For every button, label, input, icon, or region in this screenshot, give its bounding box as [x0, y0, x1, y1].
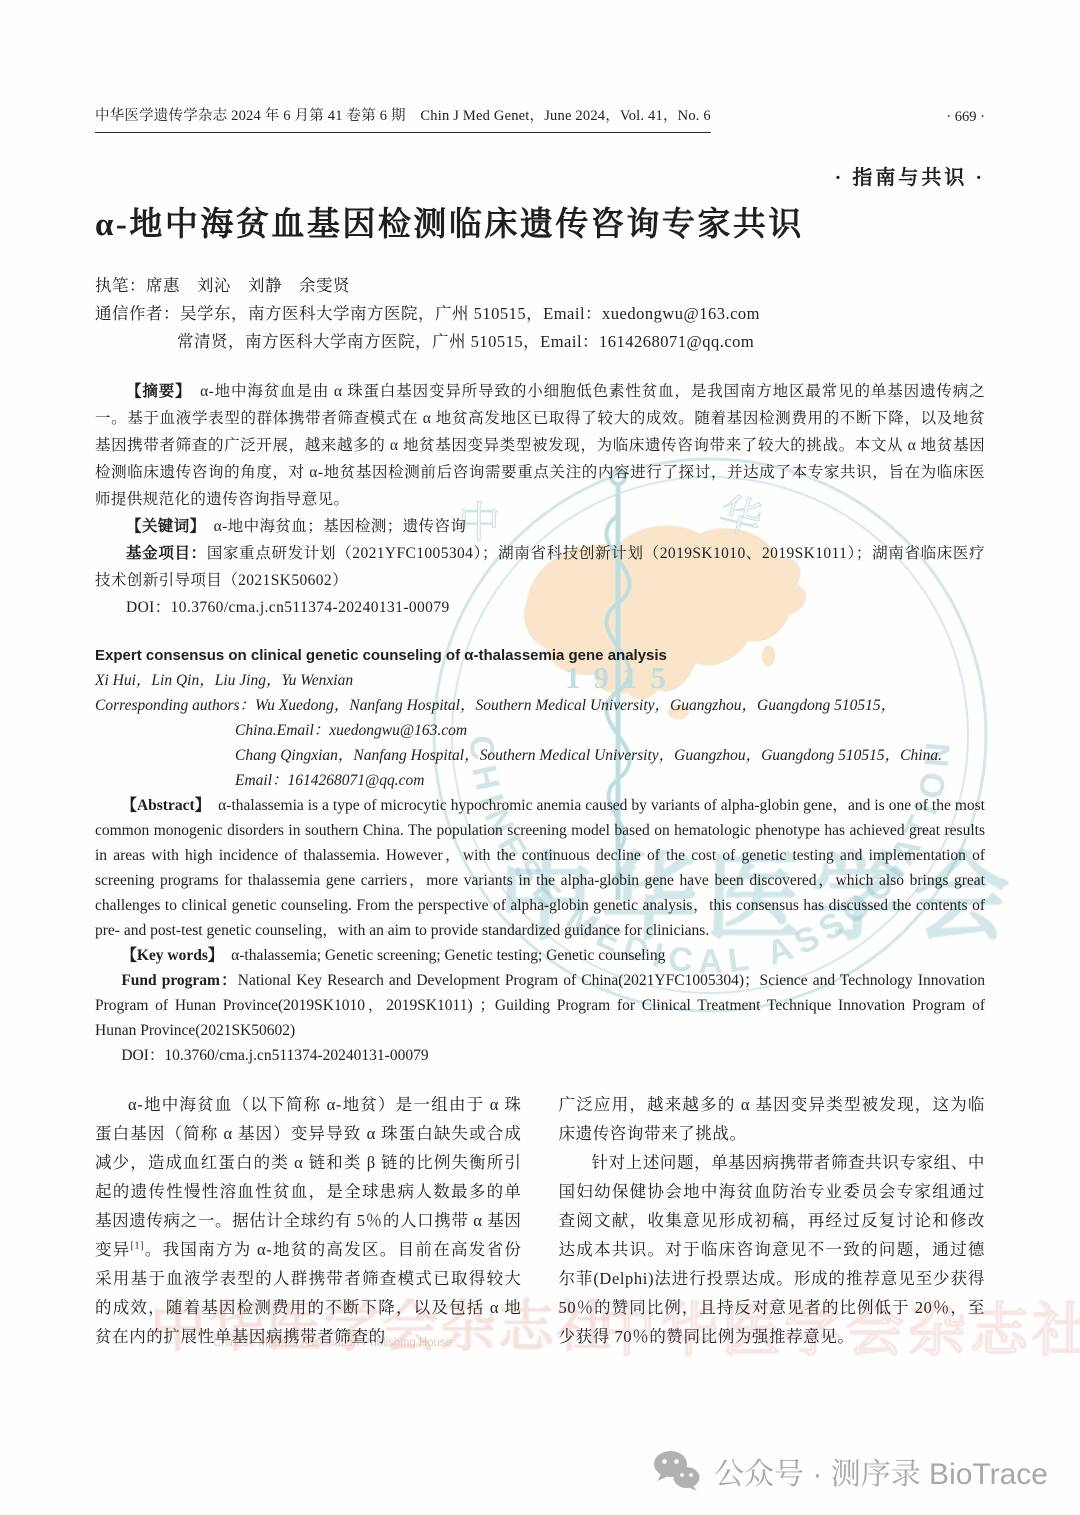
- page-content: 中华医学遗传学杂志 2024 年 6 月第 41 卷第 6 期 Chin J M…: [0, 0, 1080, 1351]
- two-column-body: α-地中海贫血（以下简称 α-地贫）是一组由于 α 珠蛋白基因（简称 α 基因）…: [95, 1090, 985, 1351]
- fund-text-cn: 国家重点研发计划（2021YFC1005304）；湖南省科技创新计划（2019S…: [95, 545, 985, 589]
- article-title: α-地中海贫血基因检测临床遗传咨询专家共识: [95, 202, 985, 248]
- english-title: Expert consensus on clinical genetic cou…: [95, 643, 985, 668]
- doi-line-cn: DOI：10.3760/cma.j.cn511374-20240131-0007…: [95, 594, 985, 621]
- scanned-journal-page: 1915 中 华 CHINESE MEDICAL ASSOCIATION 中华医…: [0, 0, 1080, 1515]
- corresponding-author-line-2: 常清贤，南方医科大学南方医院，广州 510515，Email：161426807…: [177, 328, 985, 356]
- abstract-label-en: 【Abstract】: [121, 797, 202, 814]
- reference-marker-1: [1]: [131, 1241, 144, 1252]
- author-block: 执笔：席惠 刘沁 刘静 余雯贤 通信作者：吴学东，南方医科大学南方医院，广州 5…: [95, 272, 985, 356]
- doi-line-en: DOI：10.3760/cma.j.cn511374-20240131-0007…: [95, 1043, 985, 1068]
- body-paragraph-1-overflow: 广泛应用，越来越多的 α 基因变异类型被发现，这为临床遗传咨询带来了挑战。: [559, 1090, 986, 1148]
- section-label: · 指南与共识 ·: [95, 161, 985, 190]
- body-column-left: α-地中海贫血（以下简称 α-地贫）是一组由于 α 珠蛋白基因（简称 α 基因）…: [95, 1090, 522, 1351]
- wechat-account-watermark: 公众号 · 测序录 BioTrace: [653, 1449, 1048, 1493]
- abstract-text-en: α-thalassemia is a type of microcytic hy…: [95, 797, 985, 939]
- body-paragraph-1: α-地中海贫血（以下简称 α-地贫）是一组由于 α 珠蛋白基因（简称 α 基因）…: [95, 1090, 522, 1351]
- body-column-right: 广泛应用，越来越多的 α 基因变异类型被发现，这为临床遗传咨询带来了挑战。 针对…: [559, 1090, 986, 1351]
- running-header: 中华医学遗传学杂志 2024 年 6 月第 41 卷第 6 期 Chin J M…: [95, 104, 985, 133]
- fund-label-cn: 基金项目：: [126, 545, 207, 562]
- keywords-text-cn: α-地中海贫血；基因检测；遗传咨询: [198, 518, 466, 535]
- english-corresponding-2: Chang Qingxian，Nanfang Hospital，Southern…: [235, 743, 985, 793]
- writers-line: 执笔：席惠 刘沁 刘静 余雯贤: [95, 272, 985, 300]
- corresponding-author-line-1: 通信作者：吴学东，南方医科大学南方医院，广州 510515，Email：xued…: [95, 300, 985, 328]
- wechat-icon: [653, 1450, 701, 1492]
- keywords-label-cn: 【关键词】: [126, 518, 198, 535]
- abstract-label-cn: 【摘要】: [126, 383, 184, 400]
- journal-citation-line: 中华医学遗传学杂志 2024 年 6 月第 41 卷第 6 期 Chin J M…: [95, 104, 711, 133]
- english-front-matter: Expert consensus on clinical genetic cou…: [95, 643, 985, 1068]
- body-paragraph-2: 针对上述问题，单基因病携带者筛查共识专家组、中国妇幼保健协会地中海贫血防治专业委…: [559, 1148, 986, 1351]
- keywords-text-en: α-thalassemia; Genetic screening; Geneti…: [216, 947, 666, 964]
- page-number: · 669 ·: [946, 109, 985, 133]
- wechat-account-text: 公众号 · 测序录 BioTrace: [714, 1449, 1048, 1493]
- keywords-label-en: 【Key words】: [121, 947, 215, 964]
- english-corresponding-1: Corresponding authors：Wu Xuedong，Nanfang…: [95, 693, 985, 743]
- body-paragraph-1-text: α-地中海贫血（以下简称 α-地贫）是一组由于 α 珠蛋白基因（简称 α 基因）…: [95, 1095, 522, 1259]
- body-paragraph-1-cont: 。我国南方为 α-地贫的高发区。目前在高发省份采用基于血液学表型的人群携带者筛查…: [95, 1240, 522, 1346]
- abstract-text-cn: α-地中海贫血是由 α 珠蛋白基因变异所导致的小细胞低色素性贫血，是我国南方地区…: [95, 383, 985, 508]
- english-authors: Xi Hui，Lin Qin，Liu Jing，Yu Wenxian: [95, 668, 985, 693]
- fund-label-en: Fund program：: [121, 972, 237, 989]
- chinese-abstract: 【摘要】 α-地中海贫血是由 α 珠蛋白基因变异所导致的小细胞低色素性贫血，是我…: [95, 378, 985, 621]
